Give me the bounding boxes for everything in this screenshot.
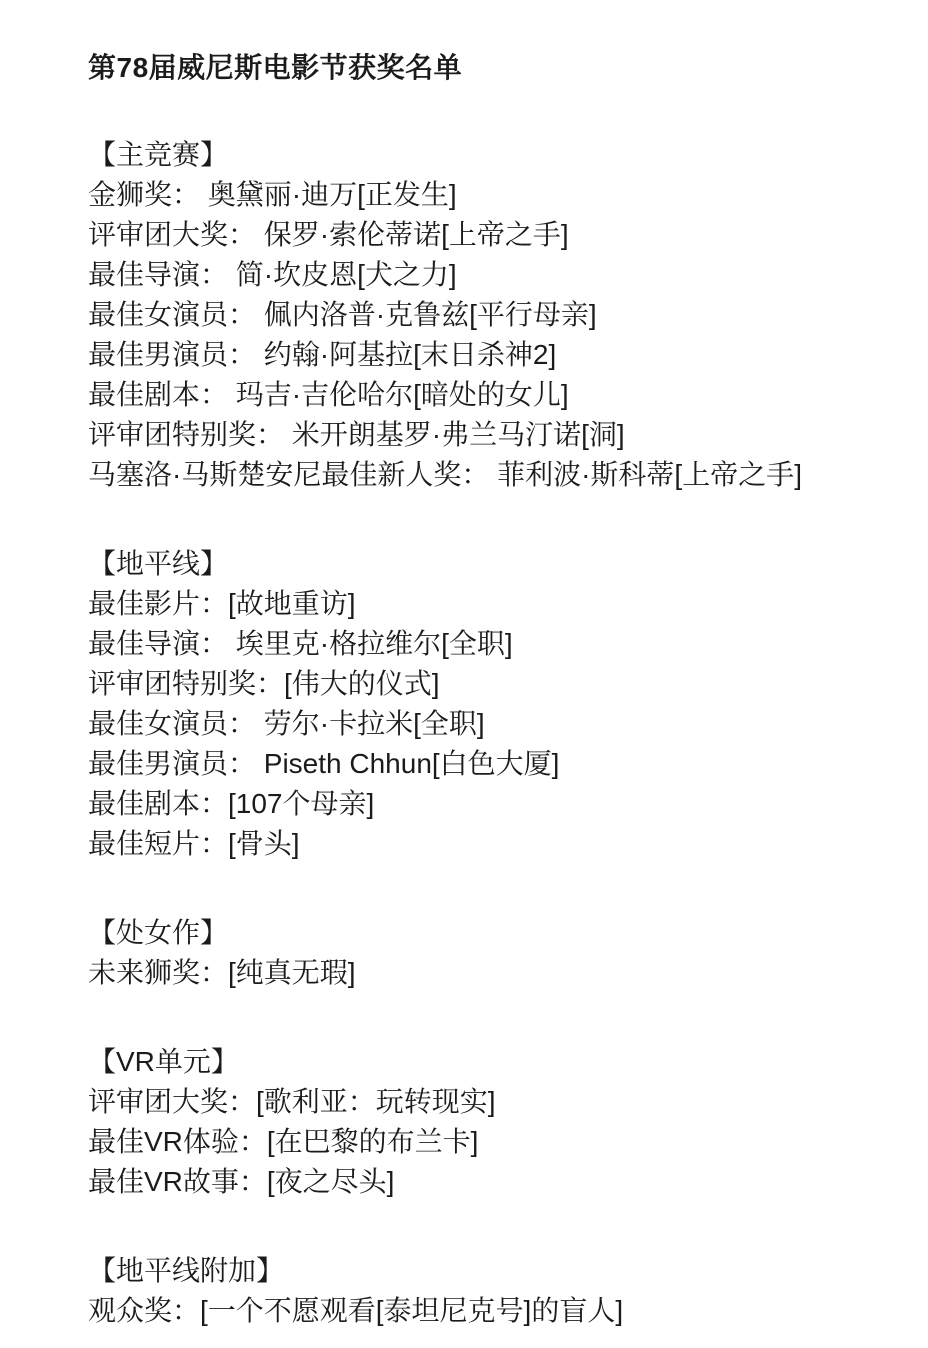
- section-debut-film: 【处女作】 未来狮奖：[纯真无瑕]: [88, 913, 888, 993]
- award-line: 马塞洛·马斯楚安尼最佳新人奖： 菲利波·斯科蒂[上帝之手]: [88, 455, 888, 495]
- award-line: 评审团大奖：[歌利亚：玩转现实]: [88, 1082, 888, 1122]
- award-line: 最佳导演： 简·坎皮恩[犬之力]: [88, 255, 888, 295]
- award-line: 最佳女演员： 佩内洛普·克鲁兹[平行母亲]: [88, 295, 888, 335]
- section-vr-unit: 【VR单元】 评审团大奖：[歌利亚：玩转现实] 最佳VR体验：[在巴黎的布兰卡]…: [88, 1042, 888, 1202]
- section-main-competition: 【主竞赛】 金狮奖： 奥黛丽·迪万[正发生] 评审团大奖： 保罗·索伦蒂诺[上帝…: [88, 135, 888, 495]
- section-horizons: 【地平线】 最佳影片：[故地重访] 最佳导演： 埃里克·格拉维尔[全职] 评审团…: [88, 544, 888, 864]
- award-line: 评审团特别奖： 米开朗基罗·弗兰马汀诺[洞]: [88, 415, 888, 455]
- page-title: 第78届威尼斯电影节获奖名单: [88, 50, 888, 86]
- section-header: 【主竞赛】: [88, 135, 888, 175]
- award-line: 最佳男演员： Piseth Chhun[白色大厦]: [88, 744, 888, 784]
- section-header: 【处女作】: [88, 913, 888, 953]
- document-page: 第78届威尼斯电影节获奖名单 【主竞赛】 金狮奖： 奥黛丽·迪万[正发生] 评审…: [0, 0, 928, 1331]
- award-line: 观众奖：[一个不愿观看[泰坦尼克号]的盲人]: [88, 1291, 888, 1331]
- section-horizons-extra: 【地平线附加】 观众奖：[一个不愿观看[泰坦尼克号]的盲人]: [88, 1251, 888, 1331]
- award-line: 最佳男演员： 约翰·阿基拉[末日杀神2]: [88, 335, 888, 375]
- award-line: 最佳剧本： 玛吉·吉伦哈尔[暗处的女儿]: [88, 375, 888, 415]
- section-header: 【地平线附加】: [88, 1251, 888, 1291]
- section-header: 【地平线】: [88, 544, 888, 584]
- award-line: 最佳VR体验：[在巴黎的布兰卡]: [88, 1122, 888, 1162]
- award-line: 最佳影片：[故地重访]: [88, 584, 888, 624]
- award-line: 最佳短片：[骨头]: [88, 824, 888, 864]
- award-line: 未来狮奖：[纯真无瑕]: [88, 953, 888, 993]
- award-line: 评审团特别奖：[伟大的仪式]: [88, 664, 888, 704]
- award-line: 评审团大奖： 保罗·索伦蒂诺[上帝之手]: [88, 215, 888, 255]
- award-line: 最佳VR故事：[夜之尽头]: [88, 1162, 888, 1202]
- section-header: 【VR单元】: [88, 1042, 888, 1082]
- award-line: 最佳女演员： 劳尔·卡拉米[全职]: [88, 704, 888, 744]
- award-line: 最佳导演： 埃里克·格拉维尔[全职]: [88, 624, 888, 664]
- award-line: 最佳剧本：[107个母亲]: [88, 784, 888, 824]
- award-line: 金狮奖： 奥黛丽·迪万[正发生]: [88, 175, 888, 215]
